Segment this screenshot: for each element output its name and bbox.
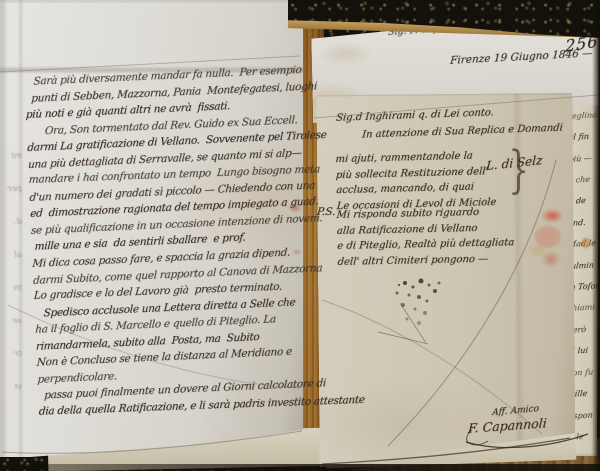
bottom-edge-shadow	[0, 464, 600, 471]
margin-mark: mi	[0, 140, 22, 173]
margin-mark: vi	[0, 371, 22, 404]
left-margin-bleed-marks: miperd.alinsetrvi	[0, 140, 22, 404]
margin-mark: d.	[0, 206, 22, 239]
margin-mark: se	[0, 305, 22, 338]
margin-mark: in	[0, 272, 22, 305]
postscript-paragraph: Mi risponda subito riguardoalla Ratifica…	[336, 204, 514, 270]
margin-mark: tr	[0, 338, 22, 371]
margin-mark: al	[0, 239, 22, 272]
ink-smudge-cluster	[398, 284, 400, 286]
manuscript-photo: a LeiGuideteglinoal finpiù —e cheil dean…	[0, 0, 600, 471]
left-page-handwriting: Sarà più diversamente mandar fa nulla. P…	[24, 62, 325, 422]
red-wax-seal-remnant	[528, 208, 572, 272]
margin-mark: per	[0, 173, 22, 206]
right-edge-shadow	[592, 0, 600, 471]
wax-spot	[580, 236, 592, 250]
postscript-label: P.S.	[316, 206, 336, 218]
